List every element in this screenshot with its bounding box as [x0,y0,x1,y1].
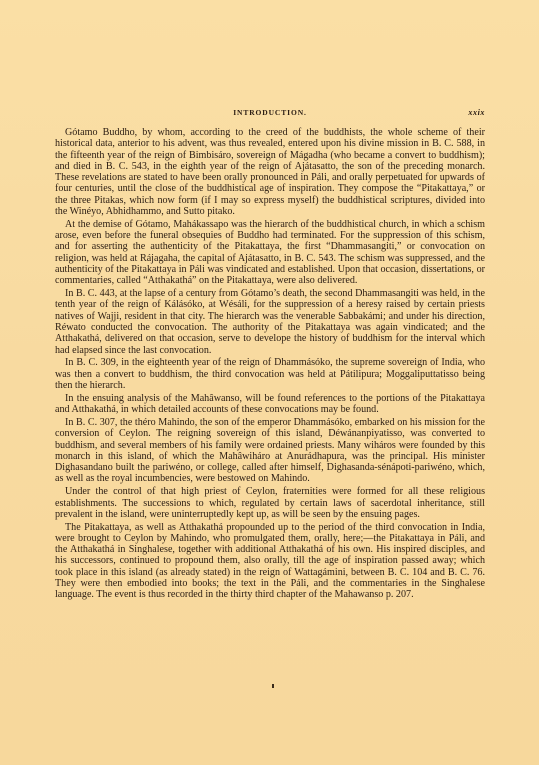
book-page: INTRODUCTION. xxix Gótamo Buddho, by who… [0,0,539,765]
signature-mark [272,684,274,688]
paragraph-third-convocation: In B. C. 309, in the eighteenth year of … [55,357,485,391]
running-head: INTRODUCTION. xxix [55,108,485,120]
paragraph-pitakattaya-ceylon: The Pitakattaya, as well as Atthakathá p… [55,522,485,601]
paragraph-second-convocation: In B. C. 443, at the lapse of a century … [55,288,485,356]
page-number: xxix [468,108,485,117]
paragraph-analysis-reference: In the ensuing analysis of the Mahâwanso… [55,393,485,416]
paragraph-mahindo-mission: In B. C. 307, the théro Mahindo, the son… [55,417,485,485]
paragraph-first-convocation: At the demise of Gótamo, Mahákassapo was… [55,219,485,287]
paragraph-gotamo: Gótamo Buddho, by whom, according to the… [55,127,485,217]
paragraph-fraternities: Under the control of that high priest of… [55,486,485,520]
running-title: INTRODUCTION. [55,108,485,117]
body-text: Gótamo Buddho, by whom, according to the… [55,127,485,602]
